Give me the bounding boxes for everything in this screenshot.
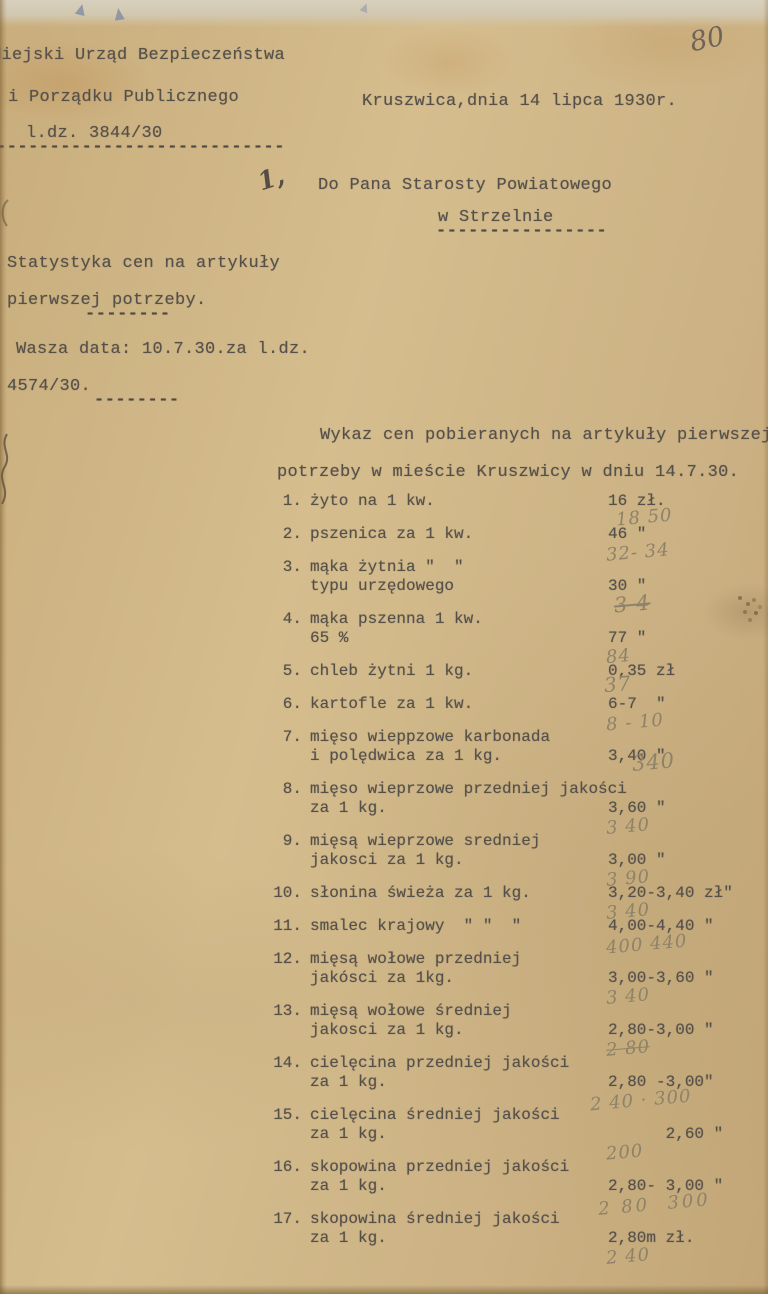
item-text-line: mąka pszenna 1 kw.	[310, 610, 483, 629]
item-text-line: cielęcina przedniej jakości	[310, 1054, 569, 1073]
item-text: kartofle za 1 kw.	[310, 695, 473, 714]
item-annotation-handwritten: 37	[603, 674, 632, 695]
recipient-dashed-rule: ----------------	[436, 222, 607, 241]
item-number: 14.	[268, 1054, 302, 1092]
item-text-line: skopowina średniej jakości	[310, 1210, 560, 1229]
list-item: 3.mąka żytnia " "typu urzędowego30 "3 4	[268, 558, 768, 596]
item-text: mięsą wołowe średniejjakosci za 1 kg.	[310, 1002, 512, 1040]
page-edge-bottom	[0, 1285, 768, 1294]
item-text: skopowina przedniej jakościza 1 kg.	[310, 1158, 569, 1196]
page-edge-right	[763, 0, 768, 1294]
item-text: mięsą wieprzowe sredniejjakosci za 1 kg.	[310, 832, 540, 870]
item-price: 2,80m zł.	[608, 1229, 694, 1248]
document-page: Miejski Urząd Bezpieczeństwa i Porządku …	[0, 0, 768, 1294]
item-number: 6.	[268, 695, 302, 714]
item-annotation-handwritten: 2 40	[605, 1245, 651, 1268]
item-text: smalec krajowy " " "	[310, 917, 521, 936]
item-text: cielęcina przedniej jakościza 1 kg.	[310, 1054, 569, 1092]
page-edge-left	[0, 0, 7, 1294]
item-text: mąka żytnia " "typu urzędowego	[310, 558, 464, 596]
item-text: mięso wieprzowe przedniej jakościza 1 kg…	[310, 780, 627, 818]
item-text: cielęcina średniej jakościza 1 kg.	[310, 1106, 560, 1144]
reference-line2: 4574/30.	[7, 377, 91, 396]
item-text: żyto na 1 kw.	[310, 492, 435, 511]
item-number: 9.	[268, 832, 302, 870]
item-text: skopowina średniej jakościza 1 kg.	[310, 1210, 560, 1248]
item-annotation-handwritten: 8 - 10	[605, 711, 664, 735]
list-item: 10.słonina świeża za 1 kg.3,20-3,40 zł"3…	[268, 884, 768, 903]
item-number: 17.	[268, 1210, 302, 1248]
item-annotation-handwritten: 3 40	[605, 900, 651, 923]
item-text-line: jakósci za 1kg.	[310, 969, 521, 988]
item-number: 13.	[268, 1002, 302, 1040]
item-text-line: jakosci za 1 kg.	[310, 1021, 512, 1040]
item-text: pszenica za 1 kw.	[310, 525, 473, 544]
item-text-line: chleb żytni 1 kg.	[310, 662, 473, 681]
item-annotation-handwritten: 200	[605, 1141, 644, 1163]
item-annotation-handwritten: 3 4	[613, 593, 651, 615]
item-number: 3.	[268, 558, 302, 596]
item-text-line: 65 %	[310, 629, 483, 648]
list-item: 12.mięsą wołowe przedniejjakósci za 1kg.…	[268, 950, 768, 988]
ink-speckle-stain	[738, 596, 742, 600]
item-text-line: cielęcina średniej jakości	[310, 1106, 560, 1125]
list-item: 5.chleb żytni 1 kg.0,35 zł37	[268, 662, 768, 681]
price-list: 1.żyto na 1 kw.16 zł.18 502.pszenica za …	[268, 492, 768, 1262]
handwritten-recipient-mark: 1,	[254, 161, 288, 197]
item-price: 3,00-3,60 "	[608, 969, 714, 988]
blue-mark	[113, 7, 125, 20]
list-item: 11.smalec krajowy " " "4,00-4,40 "400 44…	[268, 917, 768, 936]
body-heading-line2: potrzeby w mieście Kruszwicy w dniu 14.7…	[277, 463, 739, 482]
item-annotation-handwritten: 3 40	[605, 815, 651, 838]
sender-name-line1: Miejski Urząd Bezpieczeństwa	[0, 46, 285, 65]
item-annotation-handwritten: 84	[605, 646, 631, 667]
item-text-line: za 1 kg.	[310, 1177, 569, 1196]
dateline: Kruszwica,dnia 14 lipca 1930r.	[362, 92, 677, 111]
item-annotation-handwritten: 3 40	[605, 985, 651, 1008]
reference-dashed-rule: --------	[94, 391, 180, 410]
body-heading-line1: Wykaz cen pobieranych na artykuły pierws…	[320, 426, 768, 445]
item-number: 7.	[268, 728, 302, 766]
item-text-line: jakosci za 1 kg.	[310, 851, 540, 870]
item-text-line: mięsą wołowe przedniej	[310, 950, 521, 969]
list-item: 9.mięsą wieprzowe sredniejjakosci za 1 k…	[268, 832, 768, 870]
item-annotation-handwritten: 340	[631, 751, 676, 774]
item-annotation-handwritten: 2 80	[605, 1037, 651, 1060]
item-text-line: mięso wieprzowe przedniej jakości	[310, 780, 627, 799]
item-text-line: za 1 kg.	[310, 799, 627, 818]
item-text: chleb żytni 1 kg.	[310, 662, 473, 681]
item-price: 2,80-3,00 "	[608, 1021, 714, 1040]
handwritten-page-number: 80	[687, 21, 727, 58]
list-item: 7.mięso wieppzowe karbonadai polędwica z…	[268, 728, 768, 766]
item-number: 2.	[268, 525, 302, 544]
item-text-line: żyto na 1 kw.	[310, 492, 435, 511]
item-number: 1.	[268, 492, 302, 511]
item-text-line: kartofle za 1 kw.	[310, 695, 473, 714]
item-text-line: pszenica za 1 kw.	[310, 525, 473, 544]
item-annotation-handwritten: 3 90	[605, 867, 651, 890]
item-text-line: skopowina przedniej jakości	[310, 1158, 569, 1177]
reference-line1: Wasza data: 10.7.30.za l.dz.	[16, 340, 310, 359]
item-number: 11.	[268, 917, 302, 936]
recipient-line1: Do Pana Starosty Powiatowego	[318, 176, 612, 195]
list-item: 4.mąka pszenna 1 kw.65 %77 "84	[268, 610, 768, 648]
item-text-line: słonina świeża za 1 kg.	[310, 884, 531, 903]
list-item: 6.kartofle za 1 kw.6-7 "8 - 10	[268, 695, 768, 714]
item-number: 15.	[268, 1106, 302, 1144]
item-text-line: mięsą wołowe średniej	[310, 1002, 512, 1021]
sender-dashed-rule: ---------------------------	[0, 138, 285, 157]
item-number: 4.	[268, 610, 302, 648]
item-text-line: mięsą wieprzowe sredniej	[310, 832, 540, 851]
list-item: 17.skopowina średniej jakościza 1 kg.2,8…	[268, 1210, 768, 1248]
item-text: mąka pszenna 1 kw.65 %	[310, 610, 483, 648]
item-text-line: smalec krajowy " " "	[310, 917, 521, 936]
item-text-line: mąka żytnia " "	[310, 558, 464, 577]
item-text-line: typu urzędowego	[310, 577, 464, 596]
item-text: mięso wieppzowe karbonadai polędwica za …	[310, 728, 550, 766]
item-number: 12.	[268, 950, 302, 988]
item-number: 8.	[268, 780, 302, 818]
subject-dashed-rule: --------	[85, 305, 171, 324]
item-text-line: za 1 kg.	[310, 1229, 560, 1248]
item-number: 5.	[268, 662, 302, 681]
list-item: 8.mięso wieprzowe przedniej jakościza 1 …	[268, 780, 768, 818]
list-item: 13.mięsą wołowe średniejjakosci za 1 kg.…	[268, 1002, 768, 1040]
sender-name-line2: i Porządku Publicznego	[8, 88, 239, 107]
item-text-line: za 1 kg.	[310, 1125, 560, 1144]
item-number: 16.	[268, 1158, 302, 1196]
item-text-line: mięso wieppzowe karbonada	[310, 728, 550, 747]
list-item: 16.skopowina przedniej jakościza 1 kg.2,…	[268, 1158, 768, 1196]
subject-line1: Statystyka cen na artykuły	[7, 254, 280, 273]
item-number: 10.	[268, 884, 302, 903]
item-text: słonina świeża za 1 kg.	[310, 884, 531, 903]
list-item: 2.pszenica za 1 kw.46 "32- 34	[268, 525, 768, 544]
list-item: 14.cielęcina przedniej jakościza 1 kg.2,…	[268, 1054, 768, 1092]
item-annotation-handwritten: 18 50	[615, 506, 673, 530]
list-item: 1.żyto na 1 kw.16 zł.18 50	[268, 492, 768, 511]
item-text-line: i polędwica za 1 kg.	[310, 747, 550, 766]
item-text-line: za 1 kg.	[310, 1073, 569, 1092]
item-text: mięsą wołowe przedniejjakósci za 1kg.	[310, 950, 521, 988]
list-item: 15.cielęcina średniej jakościza 1 kg. 2,…	[268, 1106, 768, 1144]
